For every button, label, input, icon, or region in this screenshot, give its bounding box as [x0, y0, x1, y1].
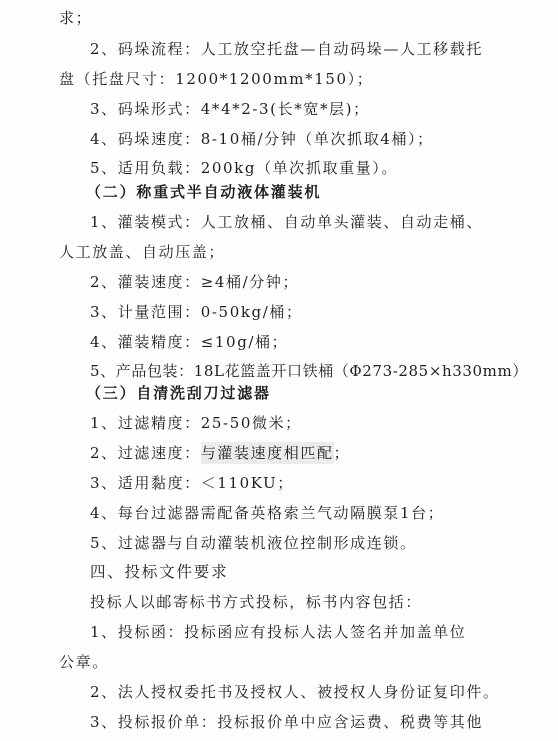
text-line: 1、灌装模式：人工放桶、自动单头灌装、自动走桶、 — [90, 207, 500, 237]
text-line: 4、灌装精度：≤10g/桶； — [90, 327, 500, 357]
text-line: 1、投标函：投标函应有投标人法人签名并加盖单位 — [90, 617, 500, 647]
text-line: 3、码垛形式：4*4*2-3(长*宽*层)； — [90, 94, 500, 124]
text-line: 2、灌装速度：≥4桶/分钟； — [90, 267, 500, 297]
text-line: 5、过滤器与自动灌装机液位控制形成连锁。 — [90, 528, 500, 558]
text-line: 3、投标报价单：投标报价单中应含运费、税费等其他 — [90, 707, 500, 737]
text-line: 3、计量范围：0-50kg/桶； — [90, 297, 500, 327]
text-line: 2、过滤速度：与灌装速度相匹配； — [90, 438, 500, 468]
document-page: 求； 2、码垛流程：人工放空托盘—自动码垛—人工移载托 盘（托盘尺寸：1200*… — [0, 0, 558, 741]
text-line: 投标人以邮寄标书方式投标，标书内容包括： — [90, 587, 500, 617]
text-line: 2、码垛流程：人工放空托盘—自动码垛—人工移载托 — [90, 34, 500, 64]
text-line: 1、过滤精度：25-50微米； — [90, 408, 500, 438]
item-label: 2、过滤速度： — [90, 444, 201, 462]
text-line: 4、每台过滤器需配备英格索兰气动隔膜泵1台； — [90, 498, 500, 528]
text-line: 2、法人授权委托书及授权人、被授权人身份证复印件。 — [90, 677, 500, 707]
section-heading: （二）称重式半自动液体灌装机 — [86, 177, 496, 207]
text-line: 4、码垛速度：8-10桶/分钟（单次抓取4桶）； — [90, 124, 500, 154]
item-suffix: ； — [334, 444, 351, 462]
text-line: 3、适用黏度：＜110KU； — [90, 468, 500, 498]
text-line: 盘（托盘尺寸：1200*1200mm*150）； — [59, 64, 499, 94]
highlighted-text: 与灌装速度相匹配 — [201, 442, 334, 464]
text-line: 人工放盖、自动压盖； — [59, 237, 499, 267]
section-heading: （三）自清洗刮刀过滤器 — [86, 378, 496, 408]
section-heading: 四、投标文件要求 — [90, 557, 500, 587]
text-line: 求； — [59, 3, 499, 33]
text-line: 公章。 — [59, 647, 499, 677]
